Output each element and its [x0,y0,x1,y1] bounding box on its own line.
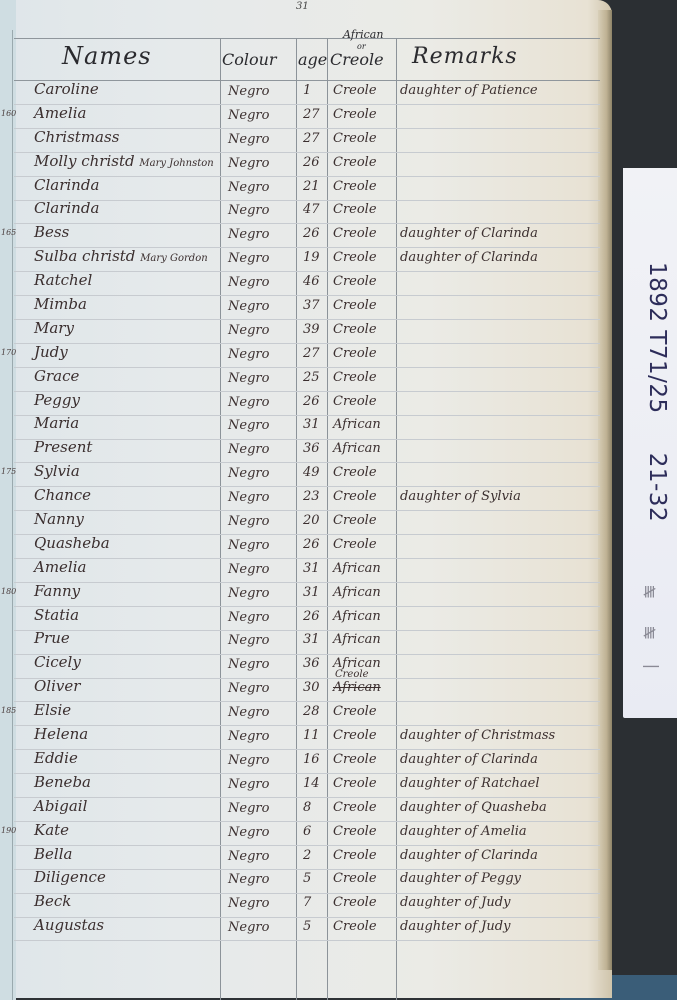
table-row: 185 Elsie Negro 28 Creole [0,701,600,725]
age-cell: 26 [303,394,320,409]
name-cell: Mary [34,319,74,337]
table-row: Prue Negro 31 African [0,629,600,653]
page-number: 31 [296,1,309,12]
name-text: Beck [34,892,71,910]
table-row: Chance Negro 23 Creole daughter of Sylvi… [0,486,600,510]
header-remarks: Remarks [412,44,518,69]
name-cell: Fanny [34,582,80,600]
origin-text: Creole [333,895,377,910]
archive-reference: 1892 T71/25 21-32 [644,262,670,522]
remarks-cell: daughter of Quasheba [400,800,547,815]
age-cell: 31 [303,585,320,600]
ruled-line [14,940,600,941]
name-cell: Judy [34,343,68,361]
colour-cell: Negro [228,132,269,147]
age-cell: 6 [303,824,311,839]
origin-text: Creole [333,370,377,385]
origin-text: Creole [333,346,377,361]
age-cell: 36 [303,441,320,456]
age-cell: 31 [303,417,320,432]
age-cell: 19 [303,250,320,265]
colour-cell: Negro [228,562,269,577]
origin-cell: Creole [333,871,377,886]
colour-cell: Negro [228,538,269,553]
origin-cell: Creole [333,226,377,241]
table-row: 190 Kate Negro 6 Creole daughter of Amel… [0,821,600,845]
colour-cell: Negro [228,299,269,314]
table-row: Caroline Negro 1 Creole daughter of Pati… [0,80,600,104]
name-cell: Quasheba [34,534,110,552]
name-cell: Augustas [34,916,104,934]
table-row: Bella Negro 2 Creole daughter of Clarind… [0,845,600,869]
age-cell: 26 [303,226,320,241]
name-text: Grace [34,367,79,385]
colour-cell: Negro [228,825,269,840]
table-row: 160 Amelia Negro 27 Creole [0,104,600,128]
origin-text: Creole [333,848,377,863]
name-cell: Molly christd Mary Johnston [34,152,214,170]
remarks-cell: daughter of Judy [400,895,510,910]
age-cell: 28 [303,704,320,719]
name-cell: Amelia [34,104,86,122]
remarks-cell: daughter of Clarinda [400,752,538,767]
name-text: Sylvia [34,462,80,480]
origin-cell: Creole [333,489,377,504]
name-text: Caroline [34,80,99,98]
name-text: Ratchel [34,271,92,289]
remarks-cell: daughter of Ratchael [400,776,540,791]
remarks-cell: daughter of Christmass [400,728,555,743]
name-text: Sulba christd [34,247,135,265]
name-text: Quasheba [34,534,110,552]
remarks-cell: daughter of Clarinda [400,848,538,863]
colour-cell: Negro [228,371,269,386]
age-cell: 8 [303,800,311,815]
table-row: Beneba Negro 14 Creole daughter of Ratch… [0,773,600,797]
origin-cell: African [333,441,381,456]
origin-cell: Creole [333,728,377,743]
name-cell: Clarinda [34,199,99,217]
remarks-cell: daughter of Sylvia [400,489,521,504]
age-cell: 26 [303,155,320,170]
remarks-cell: daughter of Clarinda [400,226,538,241]
name-text: Fanny [34,582,80,600]
colour-cell: Negro [228,872,269,887]
entry-number: 185 [1,706,16,715]
colour-cell: Negro [228,514,269,529]
name-text: Maria [34,414,79,432]
origin-cell: Creole [333,107,377,122]
entry-number: 190 [1,826,16,835]
age-cell: 26 [303,537,320,552]
origin-cell: Creole [333,274,377,289]
origin-text: Creole [333,824,377,839]
origin-text: Creole [333,250,377,265]
name-text: Clarinda [34,176,99,194]
origin-cell: CreoleAfrican [333,680,381,695]
origin-cell: Creole [333,394,377,409]
name-text: Bella [34,845,72,863]
age-cell: 5 [303,919,311,934]
origin-cell: Creole [333,465,377,480]
table-row: Helena Negro 11 Creole daughter of Chris… [0,725,600,749]
origin-cell: Creole [333,776,377,791]
origin-text: Creole [333,394,377,409]
name-text: Chance [34,486,91,504]
name-text: Judy [34,343,68,361]
name-text: Present [34,438,92,456]
origin-text: Creole [333,202,377,217]
name-text: Amelia [34,104,86,122]
origin-cell: Creole [333,824,377,839]
name-cell: Oliver [34,677,80,695]
name-text: Diligence [34,868,106,886]
colour-cell: Negro [228,586,269,601]
name-cell: Statia [34,606,79,624]
entry-number: 165 [1,228,16,237]
origin-cell: Creole [333,537,377,552]
name-text: Elsie [34,701,71,719]
origin-cell: Creole [333,919,377,934]
colour-cell: Negro [228,705,269,720]
christened-name: Mary Gordon [140,253,207,264]
origin-cell: Creole [333,179,377,194]
entry-number: 180 [1,587,16,596]
table-row: Christmass Negro 27 Creole [0,128,600,152]
table-row: Clarinda Negro 47 Creole [0,199,600,223]
name-cell: Beneba [34,773,91,791]
remarks-cell: daughter of Amelia [400,824,527,839]
colour-cell: Negro [228,633,269,648]
table-row: 165 Bess Negro 26 Creole daughter of Cla… [0,223,600,247]
colour-cell: Negro [228,490,269,505]
age-cell: 27 [303,107,320,122]
origin-cell: African [333,632,381,647]
age-cell: 14 [303,776,320,791]
age-cell: 36 [303,656,320,671]
table-row: Nanny Negro 20 Creole [0,510,600,534]
age-cell: 31 [303,561,320,576]
colour-cell: Negro [228,395,269,410]
age-cell: 26 [303,609,320,624]
age-cell: 5 [303,871,311,886]
table-row: 170 Judy Negro 27 Creole [0,343,600,367]
age-cell: 46 [303,274,320,289]
tally-marks: 𝍸 𝍸 | [636,580,666,700]
christened-name: Mary Johnston [139,158,213,169]
origin-correction: Creole [335,669,369,680]
origin-text: African [333,585,381,600]
origin-text: Creole [333,537,377,552]
age-cell: 16 [303,752,320,767]
name-text: Mary [34,319,74,337]
origin-cell: African [333,417,381,432]
origin-cell: Creole [333,800,377,815]
archive-page-range: 21-32 [644,453,670,522]
colour-cell: Negro [228,657,269,672]
header-colour: Colour [222,50,277,69]
entry-number: 170 [1,348,16,357]
name-cell: Christmass [34,128,119,146]
name-cell: Peggy [34,391,80,409]
colour-cell: Negro [228,610,269,625]
origin-text: Creole [333,83,377,98]
table-row: Mary Negro 39 Creole [0,319,600,343]
name-cell: Cicely [34,653,81,671]
remarks-cell: daughter of Clarinda [400,250,538,265]
name-text: Beneba [34,773,91,791]
origin-cell: Creole [333,752,377,767]
table-row: Clarinda Negro 21 Creole [0,176,600,200]
colour-cell: Negro [228,180,269,195]
name-cell: Helena [34,725,88,743]
origin-text: Creole [333,752,377,767]
origin-cell: Creole [333,895,377,910]
table-row: Ratchel Negro 46 Creole [0,271,600,295]
table-row: Molly christd Mary Johnston Negro 26 Cre… [0,152,600,176]
register-rows: Caroline Negro 1 Creole daughter of Pati… [0,80,600,940]
name-cell: Ratchel [34,271,92,289]
origin-cell: Creole [333,513,377,528]
entry-number: 175 [1,467,16,476]
table-row: Augustas Negro 5 Creole daughter of Judy [0,916,600,940]
origin-text: Creole [333,274,377,289]
age-cell: 21 [303,179,320,194]
age-cell: 27 [303,131,320,146]
origin-cell: Creole [333,202,377,217]
origin-cell: Creole [333,131,377,146]
colour-cell: Negro [228,108,269,123]
origin-cell: Creole [333,322,377,337]
table-row: Eddie Negro 16 Creole daughter of Clarin… [0,749,600,773]
header-names: Names [62,42,152,70]
colour-cell: Negro [228,323,269,338]
origin-cell: African [333,609,381,624]
table-row: Mimba Negro 37 Creole [0,295,600,319]
origin-text: Creole [333,919,377,934]
table-row: Peggy Negro 26 Creole [0,391,600,415]
page-edge [598,10,612,970]
origin-text: Creole [333,776,377,791]
colour-cell: Negro [228,681,269,696]
age-cell: 47 [303,202,320,217]
name-text: Statia [34,606,79,624]
origin-cell: Creole [333,346,377,361]
origin-text: Creole [333,465,377,480]
origin-text: Creole [333,800,377,815]
age-cell: 11 [303,728,320,743]
table-row: Quasheba Negro 26 Creole [0,534,600,558]
name-cell: Nanny [34,510,84,528]
origin-text: African [333,609,381,624]
name-text: Helena [34,725,88,743]
colour-cell: Negro [228,849,269,864]
colour-cell: Negro [228,203,269,218]
name-text: Christmass [34,128,119,146]
name-text: Clarinda [34,199,99,217]
colour-cell: Negro [228,347,269,362]
entry-number: 160 [1,109,16,118]
origin-text: Creole [333,871,377,886]
origin-text: African [333,561,381,576]
name-text: Cicely [34,653,81,671]
colour-cell: Negro [228,442,269,457]
origin-cell: Creole [333,370,377,385]
origin-text: Creole [333,322,377,337]
name-cell: Kate [34,821,69,839]
name-text: Nanny [34,510,84,528]
age-cell: 27 [303,346,320,361]
header-age: age [298,50,327,69]
name-text: Peggy [34,391,80,409]
origin-text: Creole [333,704,377,719]
header-rule-top [14,38,600,39]
colour-cell: Negro [228,753,269,768]
name-cell: Bess [34,223,69,241]
origin-text: African [333,417,381,432]
age-cell: 37 [303,298,320,313]
name-cell: Sylvia [34,462,80,480]
table-row: 180 Fanny Negro 31 African [0,582,600,606]
origin-cell: African [333,561,381,576]
table-row: Sulba christd Mary Gordon Negro 19 Creol… [0,247,600,271]
name-cell: Beck [34,892,71,910]
name-cell: Prue [34,629,70,647]
name-text: Kate [34,821,69,839]
table-row: Grace Negro 25 Creole [0,367,600,391]
table-row: Oliver Negro 30 CreoleAfrican [0,677,600,701]
name-cell: Sulba christd Mary Gordon [34,247,208,265]
origin-text: African [333,632,381,647]
age-cell: 31 [303,632,320,647]
origin-text: Creole [333,298,377,313]
colour-cell: Negro [228,920,269,935]
header-origin-creole: Creole [330,50,384,69]
remarks-cell: daughter of Judy [400,919,510,934]
age-cell: 39 [303,322,320,337]
origin-text: Creole [333,155,377,170]
age-cell: 25 [303,370,320,385]
header-origin-african: African [343,28,383,41]
table-row: Diligence Negro 5 Creole daughter of Peg… [0,868,600,892]
age-cell: 30 [303,680,320,695]
origin-text: Creole [333,107,377,122]
origin-cell: Creole [333,83,377,98]
name-cell: Grace [34,367,79,385]
origin-text: Creole [333,179,377,194]
age-cell: 20 [303,513,320,528]
table-row: Abigail Negro 8 Creole daughter of Quash… [0,797,600,821]
colour-cell: Negro [228,896,269,911]
colour-cell: Negro [228,418,269,433]
origin-text: Creole [333,513,377,528]
origin-text: Creole [333,489,377,504]
origin-cell: African [333,585,381,600]
age-cell: 23 [303,489,320,504]
origin-text: African [333,441,381,456]
table-row: Statia Negro 26 African [0,606,600,630]
colour-cell: Negro [228,777,269,792]
name-text: Abigail [34,797,87,815]
colour-cell: Negro [228,251,269,266]
origin-text: Creole [333,728,377,743]
colour-cell: Negro [228,729,269,744]
table-row: Present Negro 36 African [0,438,600,462]
table-row: Maria Negro 31 African [0,414,600,438]
name-cell: Elsie [34,701,71,719]
origin-text: Creole [333,131,377,146]
remarks-cell: daughter of Patience [400,83,538,98]
colour-cell: Negro [228,801,269,816]
name-text: Augustas [34,916,104,934]
table-row: Beck Negro 7 Creole daughter of Judy [0,892,600,916]
name-text: Oliver [34,677,80,695]
origin-cell: Creole [333,155,377,170]
colour-cell: Negro [228,275,269,290]
origin-cell: Creole [333,298,377,313]
colour-cell: Negro [228,227,269,242]
name-cell: Clarinda [34,176,99,194]
name-cell: Eddie [34,749,78,767]
name-cell: Mimba [34,295,87,313]
colour-cell: Negro [228,466,269,481]
name-text: Molly christd [34,152,135,170]
remarks-cell: daughter of Peggy [400,871,521,886]
name-text: Bess [34,223,69,241]
origin-cell: Creole [333,250,377,265]
name-text: Prue [34,629,70,647]
age-cell: 2 [303,848,311,863]
colour-cell: Negro [228,84,269,99]
name-cell: Caroline [34,80,99,98]
origin-cell: Creole [333,704,377,719]
name-cell: Maria [34,414,79,432]
age-cell: 1 [303,83,311,98]
age-cell: 7 [303,895,311,910]
table-row: Amelia Negro 31 African [0,558,600,582]
name-cell: Diligence [34,868,106,886]
name-cell: Abigail [34,797,87,815]
origin-text: African [333,680,381,695]
name-cell: Present [34,438,92,456]
age-cell: 49 [303,465,320,480]
archive-reference-code: 1892 T71/25 [644,262,670,414]
origin-cell: Creole [333,848,377,863]
name-text: Eddie [34,749,78,767]
name-text: Mimba [34,295,87,313]
name-cell: Amelia [34,558,86,576]
table-row: 175 Sylvia Negro 49 Creole [0,462,600,486]
colour-cell: Negro [228,156,269,171]
name-cell: Bella [34,845,72,863]
table-row: Cicely Negro 36 African [0,653,600,677]
name-cell: Chance [34,486,91,504]
name-text: Amelia [34,558,86,576]
origin-text: Creole [333,226,377,241]
